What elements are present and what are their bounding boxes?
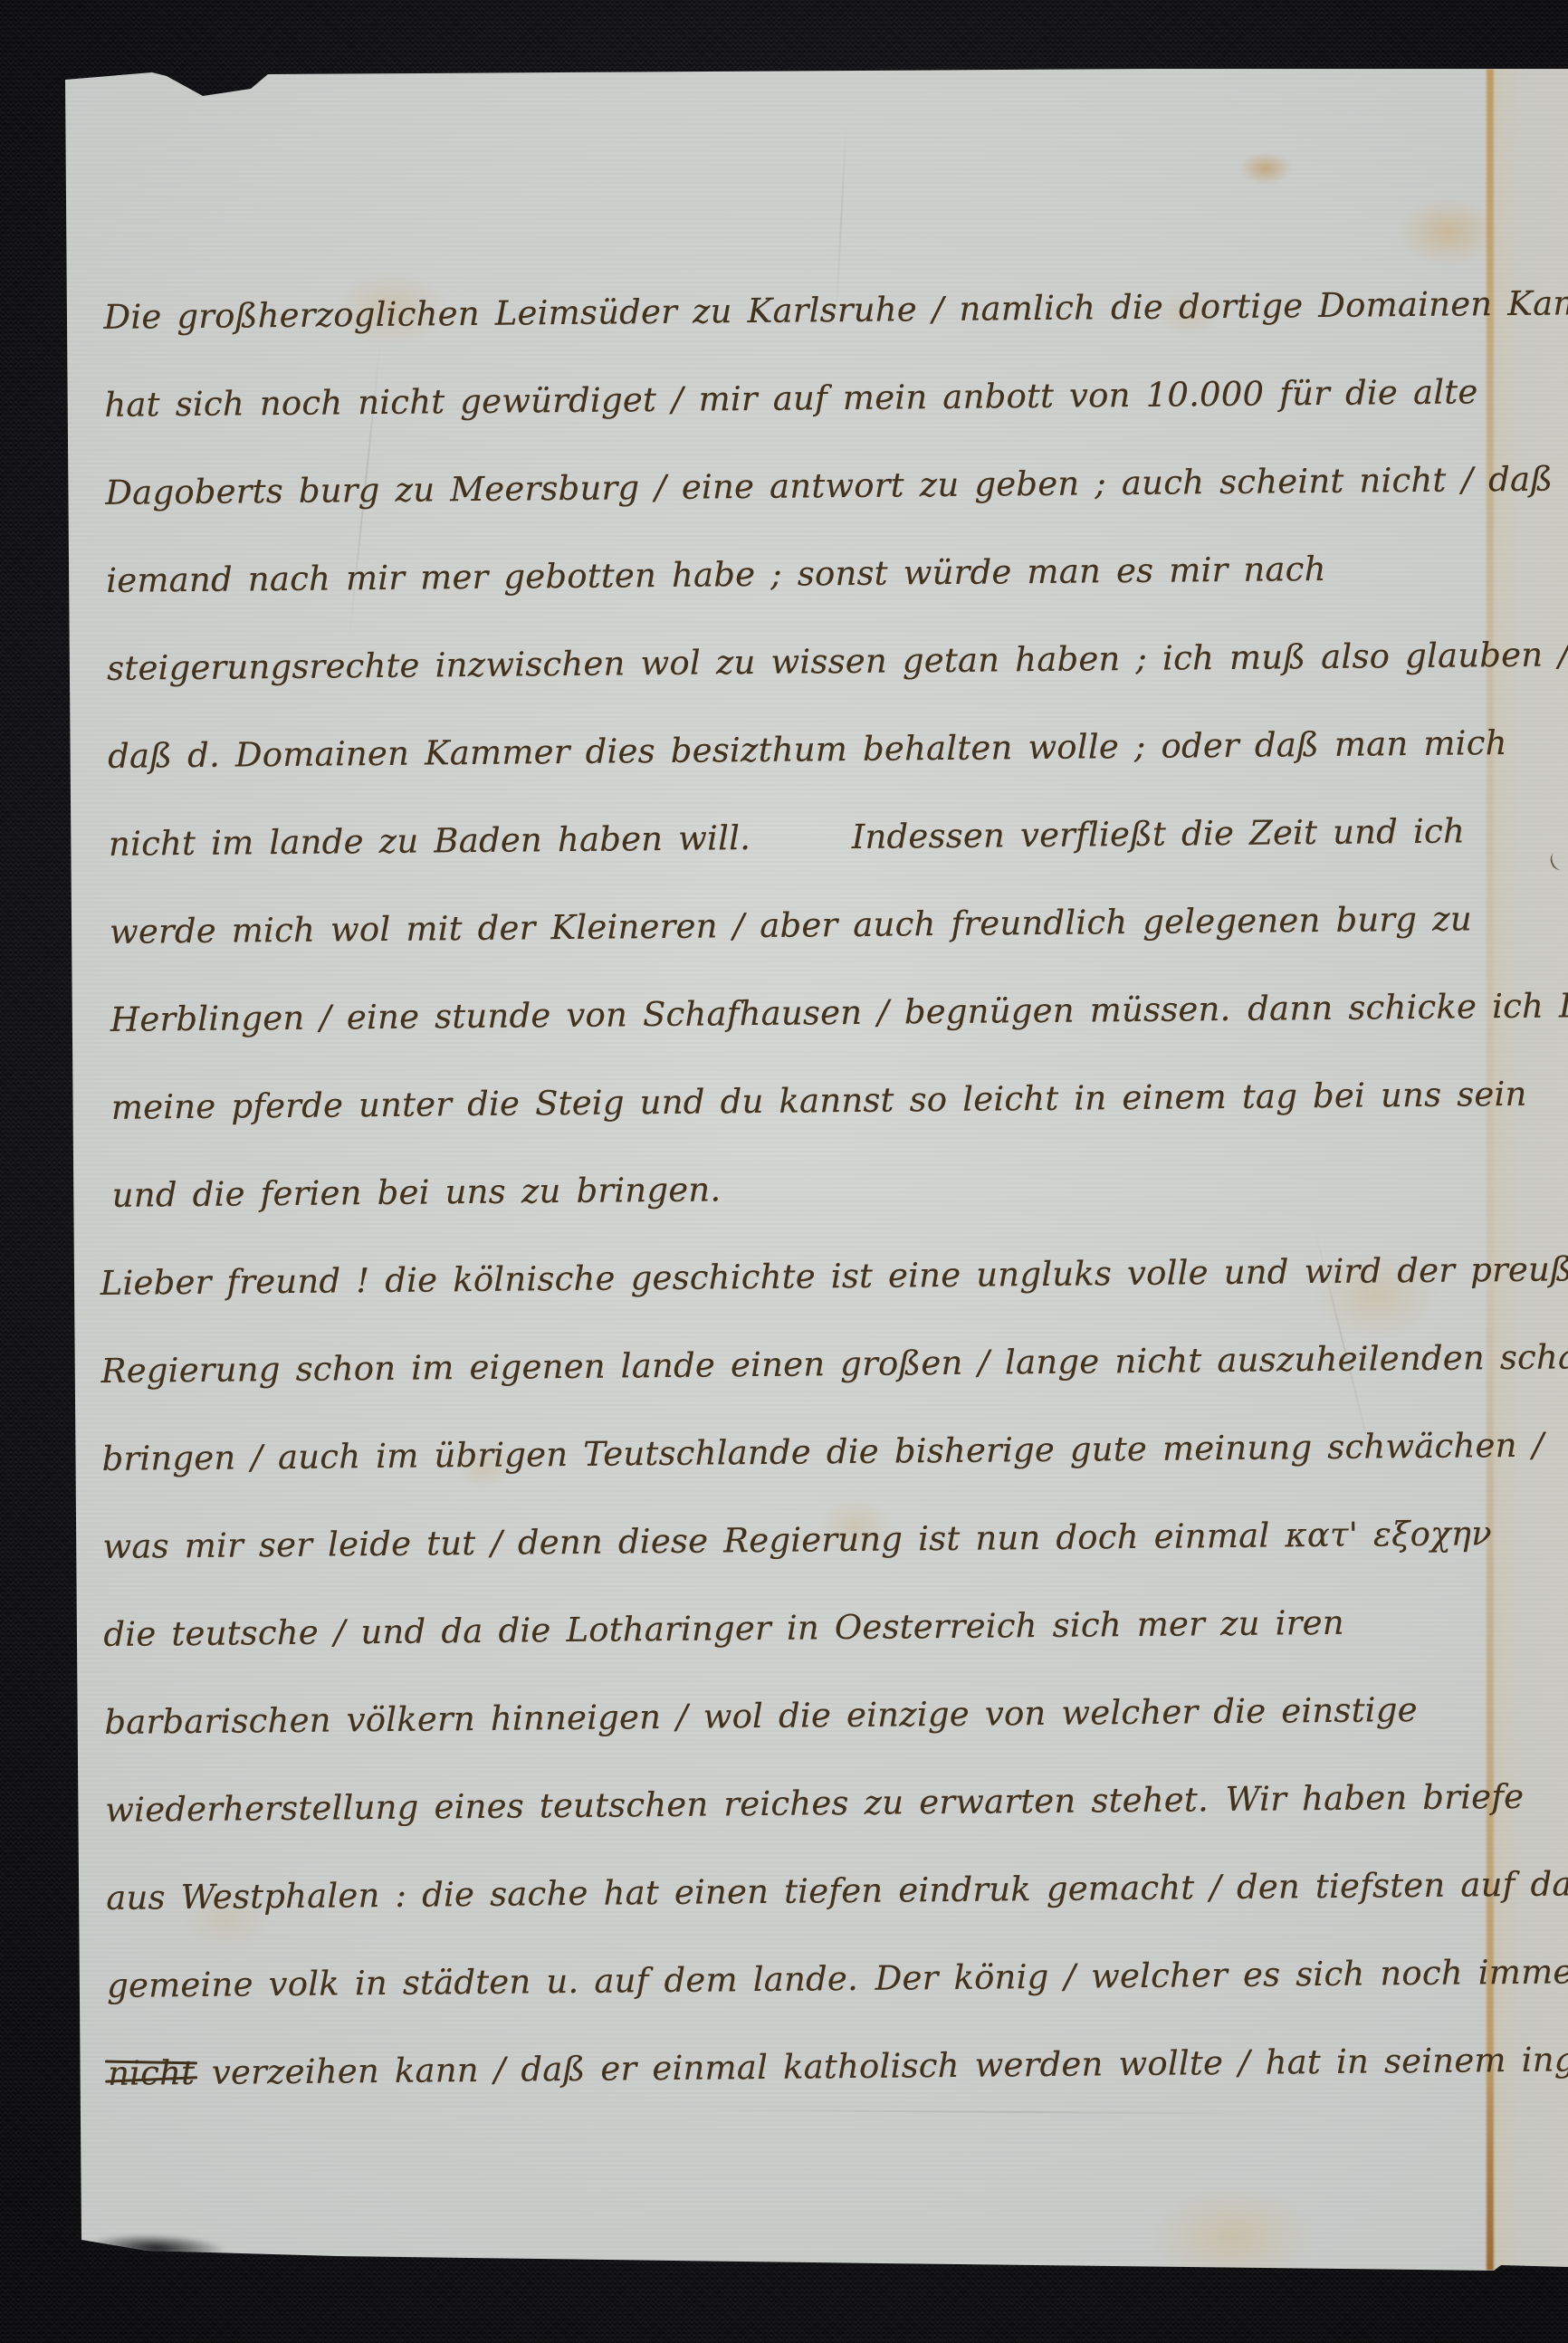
- text-segment: hat sich noch nicht gewürdiget / mir auf…: [104, 372, 1477, 425]
- text-line: hat sich noch nicht gewürdiget / mir auf…: [104, 348, 1509, 449]
- text-line: meine pferde unter die Steig und du kann…: [110, 1050, 1515, 1152]
- text-segment: aus Westphalen : die sache hat einen tie…: [106, 1864, 1568, 1917]
- text-segment: daß d. Domainen Kammer dies besizthum be…: [108, 723, 1507, 776]
- text-line: gemeine volk in städten u. auf dem lande…: [107, 1928, 1525, 2030]
- letter-text: Die großherzoglichen Leimsüder zu Karlsr…: [91, 260, 1525, 2118]
- text-line: und die ferien bei uns zu bringen.: [111, 1138, 1516, 1239]
- text-line: daß d. Domainen Kammer dies besizthum be…: [108, 699, 1513, 800]
- text-segment: nicht im lande zu Baden haben will. Inde…: [109, 811, 1465, 863]
- text-line: nicht verzeihen kann / daß er einmal kat…: [108, 2016, 1525, 2118]
- paragraph: Die großherzoglichen Leimsüder zu Karlsr…: [103, 260, 1516, 1239]
- text-line: Die großherzoglichen Leimsüder zu Karlsr…: [103, 260, 1508, 361]
- ink-smudge: [86, 2232, 227, 2263]
- text-segment: barbarischen völkern hinneigen / wol die…: [104, 1690, 1418, 1742]
- text-segment: die teutsche / und da die Lotharinger in…: [103, 1603, 1344, 1654]
- paragraph: Lieber freund ! die kölnische geschichte…: [100, 1226, 1525, 2118]
- text-line: was mir ser leide tut / denn diese Regie…: [102, 1489, 1520, 1591]
- text-segment: gemeine volk in städten u. auf dem lande…: [107, 1951, 1568, 2005]
- text-segment: wiederherstellung eines teutschen reiche…: [105, 1777, 1524, 1830]
- text-line: aus Westphalen : die sache hat einen tie…: [106, 1841, 1524, 1942]
- text-line: Herblingen / eine stunde von Schafhausen…: [110, 962, 1515, 1064]
- text-segment: Dagoberts burg zu Meersburg / eine antwo…: [105, 460, 1553, 512]
- text-line: iemand nach mir mer gebotten habe ; sons…: [106, 523, 1511, 625]
- text-segment: iemand nach mir mer gebotten habe ; sons…: [106, 550, 1326, 600]
- text-segment: steigerungsrechte inzwischen wol zu wiss…: [107, 635, 1568, 688]
- text-line: Regierung schon im eigenen lande einen g…: [100, 1314, 1518, 1415]
- text-segment: Herblingen / eine stunde von Schafhausen…: [110, 986, 1568, 1039]
- text-line: werde mich wol mit der Kleineren / aber …: [110, 875, 1515, 976]
- letter-sheet: Die großherzoglichen Leimsüder zu Karlsr…: [65, 69, 1568, 2271]
- text-line: bringen / auch im übrigen Teutschlande d…: [101, 1401, 1519, 1503]
- text-segment: werde mich wol mit der Kleineren / aber …: [110, 899, 1472, 951]
- text-segment: Lieber freund ! die kölnische geschichte…: [100, 1249, 1568, 1303]
- text-line: die teutsche / und da die Lotharinger in…: [103, 1577, 1521, 1678]
- text-segment: und die ferien bei uns zu bringen.: [112, 1170, 722, 1214]
- text-segment: Die großherzoglichen Leimsüder zu Karlsr…: [103, 282, 1568, 337]
- text-segment: bringen / auch im übrigen Teutschlande d…: [101, 1426, 1544, 1478]
- letter-photograph: { "document": { "kind": "handwritten let…: [0, 0, 1568, 2343]
- text-segment: verzeihen kann / daß er einmal katholisc…: [195, 2039, 1568, 2092]
- text-line: wiederherstellung eines teutschen reiche…: [105, 1753, 1523, 1854]
- strikethrough-word: nicht: [108, 2029, 196, 2118]
- text-line: Lieber freund ! die kölnische geschichte…: [100, 1226, 1517, 1327]
- text-segment: meine pferde unter die Steig und du kann…: [111, 1075, 1527, 1127]
- text-line: steigerungsrechte inzwischen wol zu wiss…: [107, 611, 1512, 712]
- text-line: Dagoberts burg zu Meersburg / eine antwo…: [105, 435, 1510, 537]
- text-segment: was mir ser leide tut / denn diese Regie…: [102, 1514, 1492, 1566]
- text-segment: Regierung schon im eigenen lande einen g…: [100, 1337, 1568, 1391]
- text-line: barbarischen völkern hinneigen / wol die…: [104, 1665, 1522, 1766]
- text-line: nicht im lande zu Baden haben will. Inde…: [109, 787, 1514, 888]
